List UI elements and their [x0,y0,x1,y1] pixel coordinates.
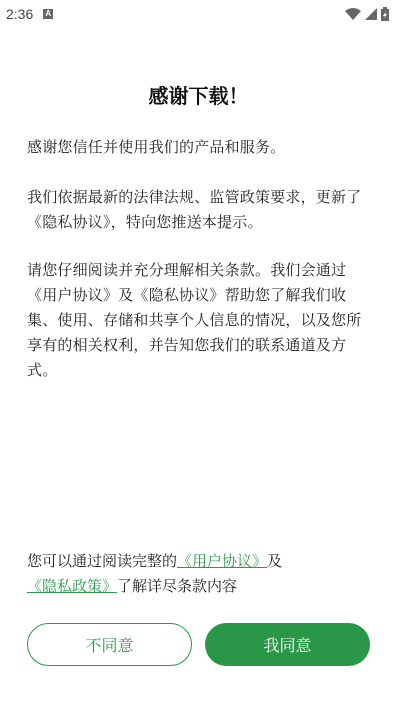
paragraph-thanks: 感谢您信任并使用我们的产品和服务。 [27,135,372,160]
footer-conjunction: 及 [267,552,282,570]
status-time: 2:36 [6,6,33,22]
footer-prefix: 您可以通过阅读完整的 [27,552,177,570]
agree-button[interactable]: 我同意 [205,623,370,666]
signal-icon [365,8,377,20]
paragraph-update-notice: 我们依据最新的法律法规、监管政策要求，更新了《隐私协议》，特向您推送本提示。 [27,185,372,235]
battery-charging-icon [381,7,389,21]
notification-icon: A [43,9,53,19]
disagree-button[interactable]: 不同意 [27,623,192,666]
paragraph-read-terms: 请您仔细阅读并充分理解相关条款。我们会通过《用户协议》及《隐私协议》帮助您了解我… [27,258,372,383]
status-bar: 2:36 A [0,0,397,28]
dialog-title: 感谢下载！ [0,80,397,109]
wifi-icon [345,8,361,20]
footer-suffix: 了解详尽条款内容 [117,577,237,595]
privacy-policy-link[interactable]: 《隐私政策》 [27,577,117,595]
user-agreement-link[interactable]: 《用户协议》 [177,552,267,570]
footer-text: 您可以通过阅读完整的《用户协议》及《隐私政策》了解详尽条款内容 [27,549,372,599]
